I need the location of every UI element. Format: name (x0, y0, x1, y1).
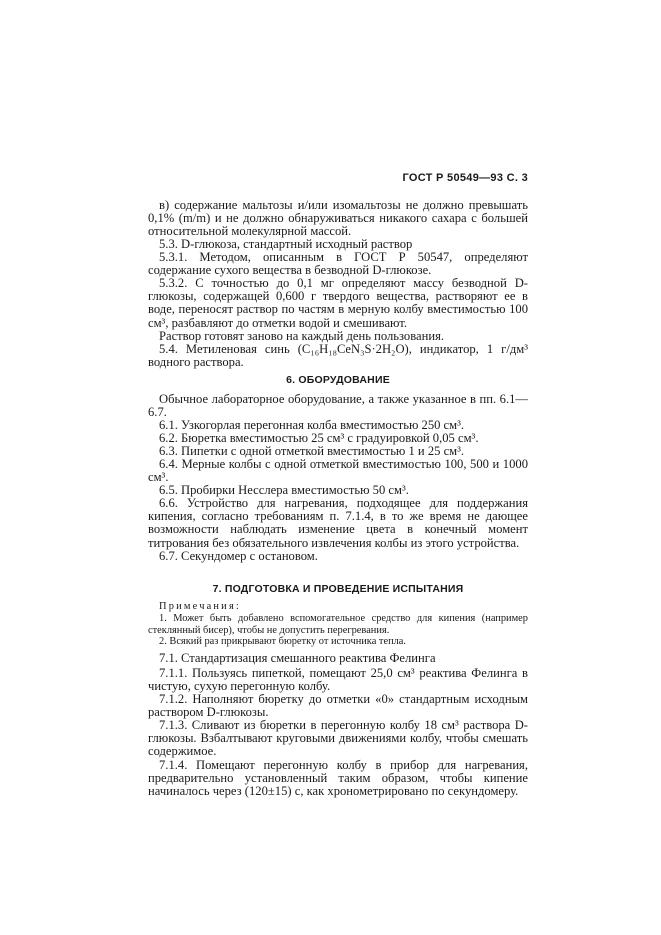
notes-label: Примечания: (148, 601, 528, 613)
running-header: ГОСТ Р 50549—93 С. 3 (148, 172, 528, 184)
paragraph-5-4: 5.4. Метиленовая синь (C₁₆H₁₈CeN₃S·2H₂O)… (148, 343, 528, 369)
note-1: 1. Может быть добавлено вспомогательное … (148, 613, 528, 636)
paragraph-7-1-2: 7.1.2. Наполняют бюретку до отметки «0» … (148, 693, 528, 719)
paragraph-7-1: 7.1. Стандартизация смешанного реактива … (148, 652, 528, 665)
paragraph-5-3-1: 5.3.1. Методом, описанным в ГОСТ Р 50547… (148, 251, 528, 277)
section-6-title: 6. ОБОРУДОВАНИЕ (148, 374, 528, 386)
note-2: 2. Всякий раз прикрывают бюретку от исто… (148, 636, 528, 648)
paragraph-7-1-3: 7.1.3. Сливают из бюретки в перегонную к… (148, 719, 528, 759)
paragraph-5-3-2: 5.3.2. С точностью до 0,1 мг определяют … (148, 277, 528, 330)
paragraph-7-1-4: 7.1.4. Помещают перегонную колбу в прибо… (148, 759, 528, 799)
list-item-6-6: 6.6. Устройство для нагревания, подходящ… (148, 497, 528, 550)
section-6-intro: Обычное лабораторное оборудование, а так… (148, 393, 528, 419)
section-7-title: 7. ПОДГОТОВКА И ПРОВЕДЕНИЕ ИСПЫТАНИЯ (148, 583, 528, 595)
paragraph-7-1-1: 7.1.1. Пользуясь пипеткой, помещают 25,0… (148, 667, 528, 693)
list-item-6-4: 6.4. Мерные колбы с одной отметкой вмест… (148, 458, 528, 484)
paragraph-5-2-v: в) содержание мальтозы и/или изомальтозы… (148, 199, 528, 239)
list-item-6-7: 6.7. Секундомер с остановом. (148, 550, 528, 563)
